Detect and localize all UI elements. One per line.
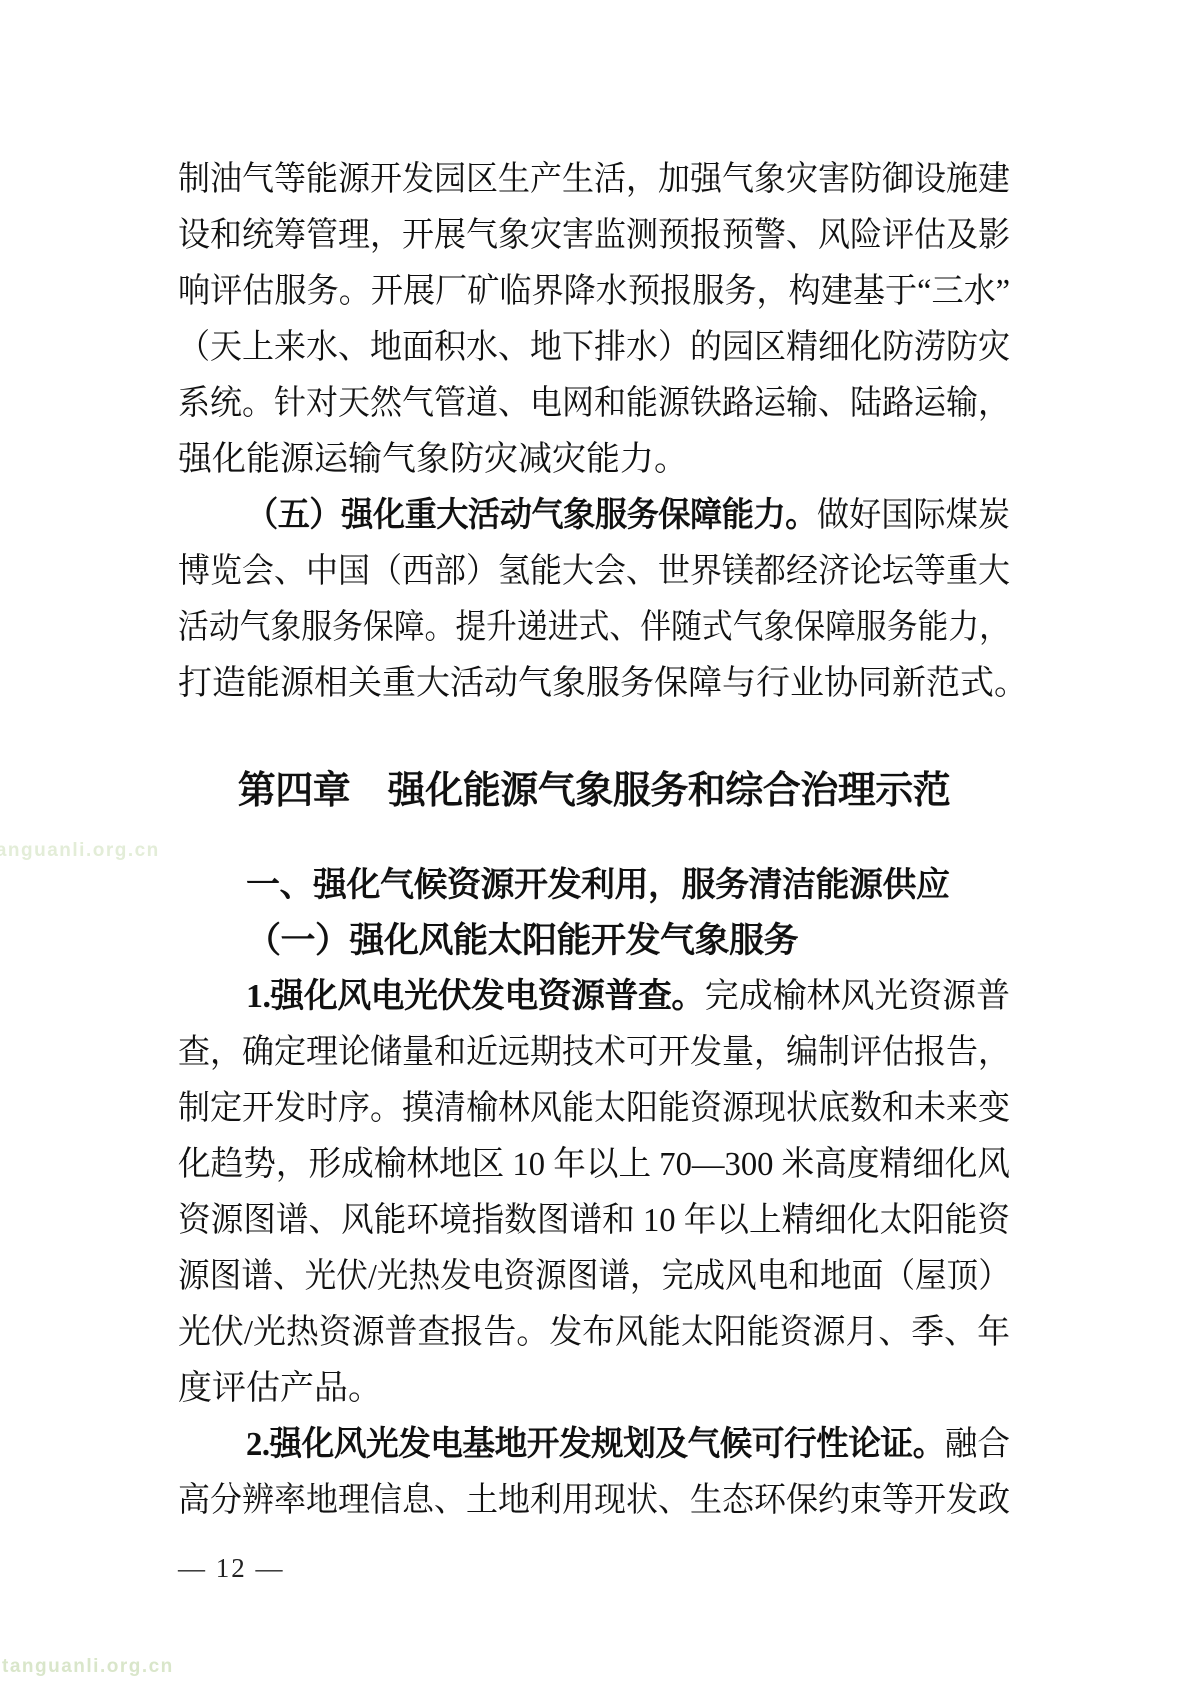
body-line: 设和统筹管理，开展气象灾害监测预报预警、风险评估及影: [178, 208, 1010, 264]
body-line: （五）强化重大活动气象服务保障能力。做好国际煤炭: [178, 488, 1010, 544]
body-line-text: 打造能源相关重大活动气象服务保障与行业协同新范式。: [178, 665, 1028, 702]
document-body: 制油气等能源开发园区生产生活，加强气象灾害防御设施建设和统筹管理，开展气象灾害监…: [178, 152, 1010, 1529]
body-line-text: 融合: [945, 1426, 1010, 1463]
chapter-heading-text: 第四章 强化能源气象服务和综合治理示范: [238, 770, 951, 812]
body-line-text: 系统。针对天然气管道、电网和能源铁路运输、陆路运输，: [178, 385, 1010, 422]
watermark-bottom-left: tanguanli.org.cn: [2, 1656, 174, 1678]
body-line: （天上来水、地面积水、地下排水）的园区精细化防涝防灾: [178, 320, 1010, 376]
body-line: 系统。针对天然气管道、电网和能源铁路运输、陆路运输，: [178, 376, 1010, 432]
page-number: — 12 —: [178, 1553, 285, 1584]
body-line-text: 度评估产品。: [178, 1370, 382, 1407]
body-line-text: 高分辨率地理信息、土地利用现状、生态环保约束等开发政: [178, 1482, 1010, 1519]
body-line-text: 2.强化风光发电基地开发规划及气候可行性论证。: [246, 1426, 945, 1463]
body-line: 2.强化风光发电基地开发规划及气候可行性论证。融合: [178, 1417, 1010, 1473]
body-line-text: （天上来水、地面积水、地下排水）的园区精细化防涝防灾: [178, 329, 1010, 366]
section-heading-text: 一、强化气候资源开发利用，服务清洁能源供应: [246, 866, 950, 904]
body-line: 响评估服务。开展厂矿临界降水预报服务，构建基于“三水”: [178, 264, 1010, 320]
body-line-text: 制油气等能源开发园区生产生活，加强气象灾害防御设施建: [178, 161, 1010, 198]
subsection-heading: （一）强化风能太阳能开发气象服务: [178, 913, 1010, 969]
body-line-text: 查，确定理论储量和近远期技术可开发量，编制评估报告，: [178, 1034, 1010, 1071]
body-line: 打造能源相关重大活动气象服务保障与行业协同新范式。: [178, 656, 1010, 712]
body-line-text: 博览会、中国（西部）氢能大会、世界镁都经济论坛等重大: [178, 553, 1010, 590]
body-line-text: 光伏/光热资源普查报告。发布风能太阳能资源月、季、年: [178, 1314, 1010, 1351]
body-line: 资源图谱、风能环境指数图谱和 10 年以上精细化太阳能资: [178, 1193, 1010, 1249]
watermark-mid-left: tanguanli.org.cn: [0, 840, 160, 862]
body-line: 光伏/光热资源普查报告。发布风能太阳能资源月、季、年: [178, 1305, 1010, 1361]
body-line-text: 源图谱、光伏/光热发电资源图谱，完成风电和地面（屋顶）: [178, 1258, 1010, 1295]
body-line-text: 活动气象服务保障。提升递进式、伴随式气象保障服务能力，: [178, 609, 1010, 646]
body-line: 化趋势，形成榆林地区 10 年以上 70—300 米高度精细化风: [178, 1137, 1010, 1193]
body-line-text: 完成榆林风光资源普: [705, 978, 1010, 1015]
body-line: 强化能源运输气象防灾减灾能力。: [178, 432, 1010, 488]
body-line: 活动气象服务保障。提升递进式、伴随式气象保障服务能力，: [178, 600, 1010, 656]
chapter-heading: 第四章 强化能源气象服务和综合治理示范: [178, 761, 1010, 821]
body-line-text: 做好国际煤炭: [817, 497, 1010, 534]
body-line-text: 化趋势，形成榆林地区 10 年以上 70—300 米高度精细化风: [178, 1146, 1010, 1183]
body-line-text: （五）强化重大活动气象服务保障能力。: [246, 497, 817, 534]
body-line: 制定开发时序。摸清榆林风能太阳能资源现状底数和未来变: [178, 1081, 1010, 1137]
body-line-text: 强化能源运输气象防灾减灾能力。: [178, 441, 688, 478]
body-line-text: 设和统筹管理，开展气象灾害监测预报预警、风险评估及影: [178, 217, 1010, 254]
body-line: 高分辨率地理信息、土地利用现状、生态环保约束等开发政: [178, 1473, 1010, 1529]
body-line: 查，确定理论储量和近远期技术可开发量，编制评估报告，: [178, 1025, 1010, 1081]
body-line: 源图谱、光伏/光热发电资源图谱，完成风电和地面（屋顶）: [178, 1249, 1010, 1305]
body-line-text: 资源图谱、风能环境指数图谱和 10 年以上精细化太阳能资: [178, 1202, 1010, 1239]
subsection-heading-text: （一）强化风能太阳能开发气象服务: [246, 921, 798, 960]
body-line: 博览会、中国（西部）氢能大会、世界镁都经济论坛等重大: [178, 544, 1010, 600]
body-line: 制油气等能源开发园区生产生活，加强气象灾害防御设施建: [178, 152, 1010, 208]
body-line-text: 1.强化风电光伏发电资源普查。: [246, 978, 705, 1015]
document-page: tanguanli.org.cn 制油气等能源开发园区生产生活，加强气象灾害防御…: [0, 0, 1190, 1683]
body-line-text: 响评估服务。开展厂矿临界降水预报服务，构建基于“三水”: [178, 273, 1010, 310]
section-heading: 一、强化气候资源开发利用，服务清洁能源供应: [178, 857, 1010, 913]
body-line: 度评估产品。: [178, 1361, 1010, 1417]
body-line-text: 制定开发时序。摸清榆林风能太阳能资源现状底数和未来变: [178, 1090, 1010, 1127]
body-line: 1.强化风电光伏发电资源普查。完成榆林风光资源普: [178, 969, 1010, 1025]
